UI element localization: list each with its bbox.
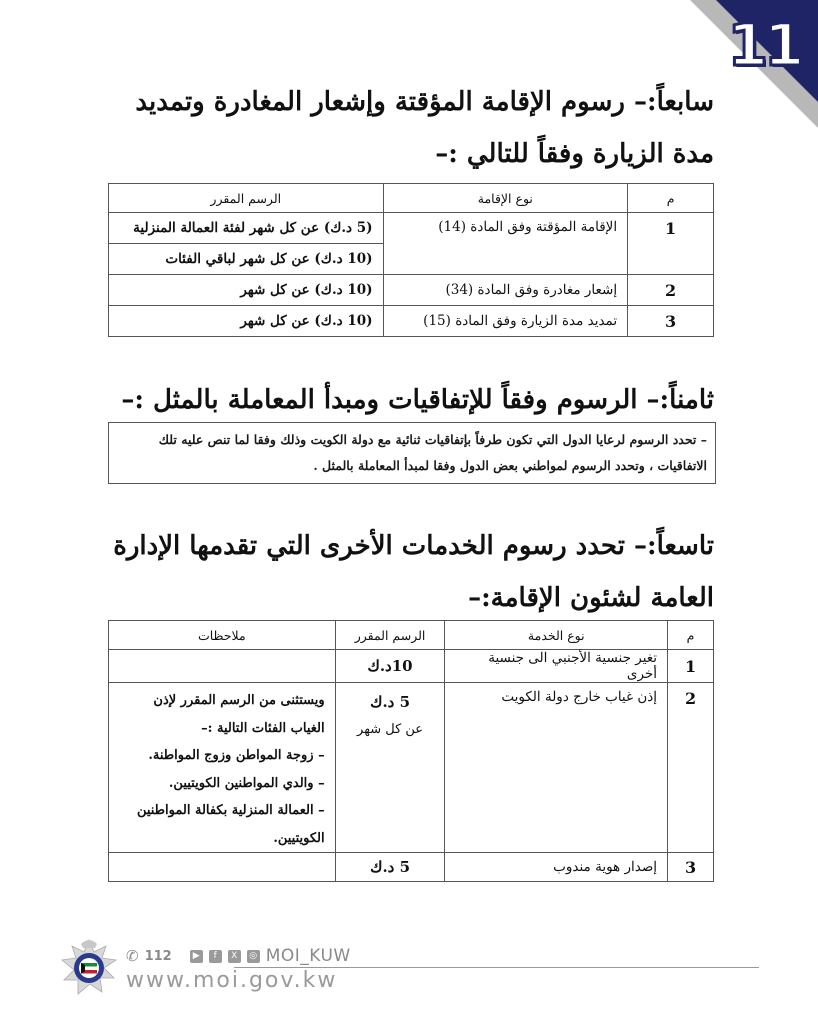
facebook-icon[interactable]: f [209, 950, 222, 963]
row-fee: (10 د.ك) عن كل شهر لباقي الفئات [109, 244, 384, 275]
agreements-note: – تحدد الرسوم لرعايا الدول التي تكون طرف… [108, 422, 716, 484]
row-fee: 10د.ك [335, 650, 445, 683]
page-footer: ✆ 112 ▶ f X ◎ MOI_KUW www.moi.gov.kw [56, 932, 766, 1002]
section-8-heading: ثامناً:– الرسوم وفقاً للإتفاقيات ومبدأ ا… [94, 374, 714, 426]
page-number: 11 [724, 14, 804, 76]
row-service: تغير جنسية الأجنبي الى جنسية أخرى [445, 650, 668, 683]
table-header-row: م نوع الخدمة الرسم المقرر ملاحظات [109, 621, 714, 650]
table-header-row: م نوع الإقامة الرسم المقرر [109, 184, 714, 213]
row-fee-note: عن كل شهر [346, 716, 435, 743]
header-type: نوع الإقامة [383, 184, 628, 213]
row-notes: ويستثنى من الرسم المقرر لإذن الغياب الفئ… [109, 683, 336, 853]
row-index: 3 [668, 853, 714, 882]
social-handle[interactable]: MOI_KUW [266, 946, 351, 966]
exemption-item: – والدي المواطنين الكويتيين. [119, 770, 325, 798]
table-row: 3 تمديد مدة الزيارة وفق المادة (15) (10 … [109, 306, 714, 337]
row-index: 3 [628, 306, 714, 337]
table-row: 2 إشعار مغادرة وفق المادة (34) (10 د.ك) … [109, 275, 714, 306]
row-index: 1 [668, 650, 714, 683]
header-index: م [628, 184, 714, 213]
table-row: 3 إصدار هوية مندوب 5 د.ك [109, 853, 714, 882]
table-row: 2 إذن غياب خارج دولة الكويت 5 د.ك عن كل … [109, 683, 714, 853]
exemption-item: – زوجة المواطن وزوج المواطنة. [119, 742, 325, 770]
row-type: الإقامة المؤقتة وفق المادة (14) [383, 213, 628, 275]
row-notes [109, 650, 336, 683]
other-services-fees-table: م نوع الخدمة الرسم المقرر ملاحظات 1 تغير… [108, 620, 714, 882]
x-icon[interactable]: X [228, 950, 241, 963]
row-notes [109, 853, 336, 882]
row-service: إصدار هوية مندوب [445, 853, 668, 882]
row-fee: (10 د.ك) عن كل شهر [109, 275, 384, 306]
contact-line: ✆ 112 ▶ f X ◎ MOI_KUW [126, 946, 351, 966]
instagram-icon[interactable]: ◎ [247, 950, 260, 963]
row-index: 2 [668, 683, 714, 853]
row-index: 1 [628, 213, 714, 275]
residence-fees-table: م نوع الإقامة الرسم المقرر 1 الإقامة الم… [108, 183, 714, 337]
phone-icon: ✆ [126, 947, 139, 965]
exemption-item: – العمالة المنزلية بكفالة المواطنين الكو… [119, 797, 325, 852]
kuwait-police-emblem-icon [56, 934, 122, 1000]
row-service: إذن غياب خارج دولة الكويت [445, 683, 668, 853]
row-fee-cell: 5 د.ك عن كل شهر [335, 683, 445, 853]
section-9-heading: تاسعاً:– تحدد رسوم الخدمات الأخرى التي ت… [94, 520, 714, 624]
header-fee: الرسم المقرر [335, 621, 445, 650]
row-fee: 5 د.ك [335, 853, 445, 882]
header-notes: ملاحظات [109, 621, 336, 650]
exemption-intro: ويستثنى من الرسم المقرر لإذن الغياب الفئ… [119, 687, 325, 742]
row-fee: 5 د.ك [346, 689, 435, 716]
phone-number[interactable]: 112 [145, 949, 172, 964]
header-index: م [668, 621, 714, 650]
row-type: إشعار مغادرة وفق المادة (34) [383, 275, 628, 306]
row-fee: (5 د.ك) عن كل شهر لفئة العمالة المنزلية [109, 213, 384, 244]
row-index: 2 [628, 275, 714, 306]
website-link[interactable]: www.moi.gov.kw [126, 968, 337, 993]
row-fee: (10 د.ك) عن كل شهر [109, 306, 384, 337]
youtube-icon[interactable]: ▶ [190, 950, 203, 963]
row-type: تمديد مدة الزيارة وفق المادة (15) [383, 306, 628, 337]
table-row: 1 تغير جنسية الأجنبي الى جنسية أخرى 10د.… [109, 650, 714, 683]
header-service: نوع الخدمة [445, 621, 668, 650]
table-row: 1 الإقامة المؤقتة وفق المادة (14) (5 د.ك… [109, 213, 714, 244]
section-7-heading: سابعاً:– رسوم الإقامة المؤقتة وإشعار الم… [94, 76, 714, 180]
header-fee: الرسم المقرر [109, 184, 384, 213]
